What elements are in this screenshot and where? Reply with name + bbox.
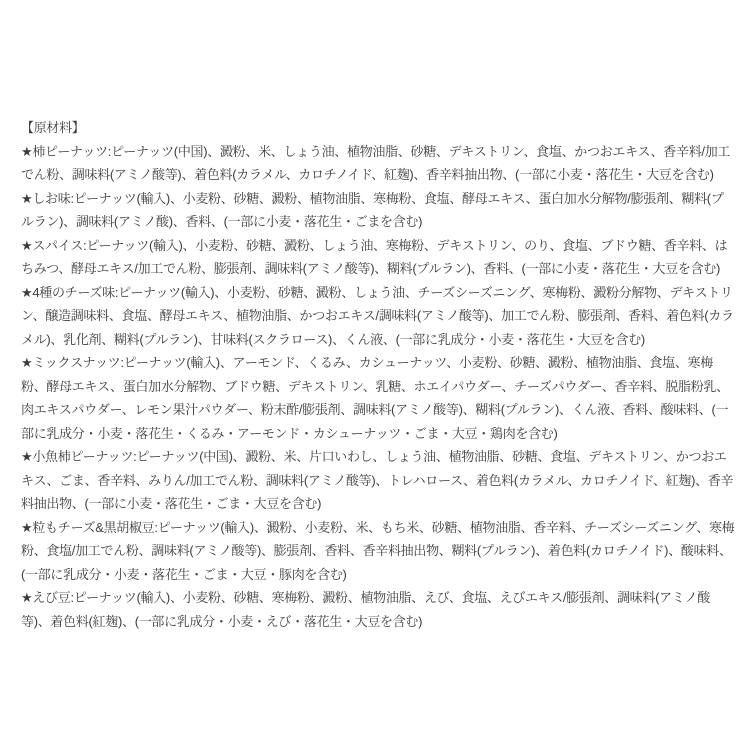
ingredient-item-4cheese: ★4種のチーズ味:ピーナッツ(輸入)、小麦粉、砂糖、澱粉、しょう油、チーズシーズ… [21, 281, 735, 352]
ingredient-item-shio: ★しお味:ピーナッツ(輸入)、小麦粉、砂糖、澱粉、植物油脂、寒梅粉、食塩、酵母エ… [21, 187, 735, 234]
ingredient-item-tsubumo-cheese-blackpepper: ★粒もチーズ&黒胡椒豆:ピーナッツ(輸入)、澱粉、小麦粉、米、もち米、砂糖、植物… [21, 516, 735, 587]
ingredient-item-spice: ★スパイス:ピーナッツ(輸入)、小麦粉、砂糖、澱粉、しょう油、寒梅粉、デキストリ… [21, 234, 735, 281]
ingredient-item-ebi-mame: ★えび豆:ピーナッツ(輸入)、小麦粉、砂糖、寒梅粉、澱粉、植物油脂、えび、食塩、… [21, 586, 735, 633]
ingredients-heading: 【原材料】 [21, 116, 735, 140]
product-description-page: 【原材料】 ★柿ピーナッツ:ピーナッツ(中国)、澱粉、米、しょう油、植物油脂、砂… [0, 0, 750, 750]
ingredient-item-mixed-nuts: ★ミックスナッツ:ピーナッツ(輸入)、アーモンド、くるみ、カシューナッツ、小麦粉… [21, 351, 735, 445]
ingredient-item-kaki-peanuts: ★柿ピーナッツ:ピーナッツ(中国)、澱粉、米、しょう油、植物油脂、砂糖、デキスト… [21, 140, 735, 187]
ingredients-section: 【原材料】 ★柿ピーナッツ:ピーナッツ(中国)、澱粉、米、しょう油、植物油脂、砂… [21, 116, 735, 633]
ingredient-item-kozakana-kaki-peanuts: ★小魚柿ピーナッツ:ピーナッツ(中国)、澱粉、米、片口いわし、しょう油、植物油脂… [21, 445, 735, 516]
